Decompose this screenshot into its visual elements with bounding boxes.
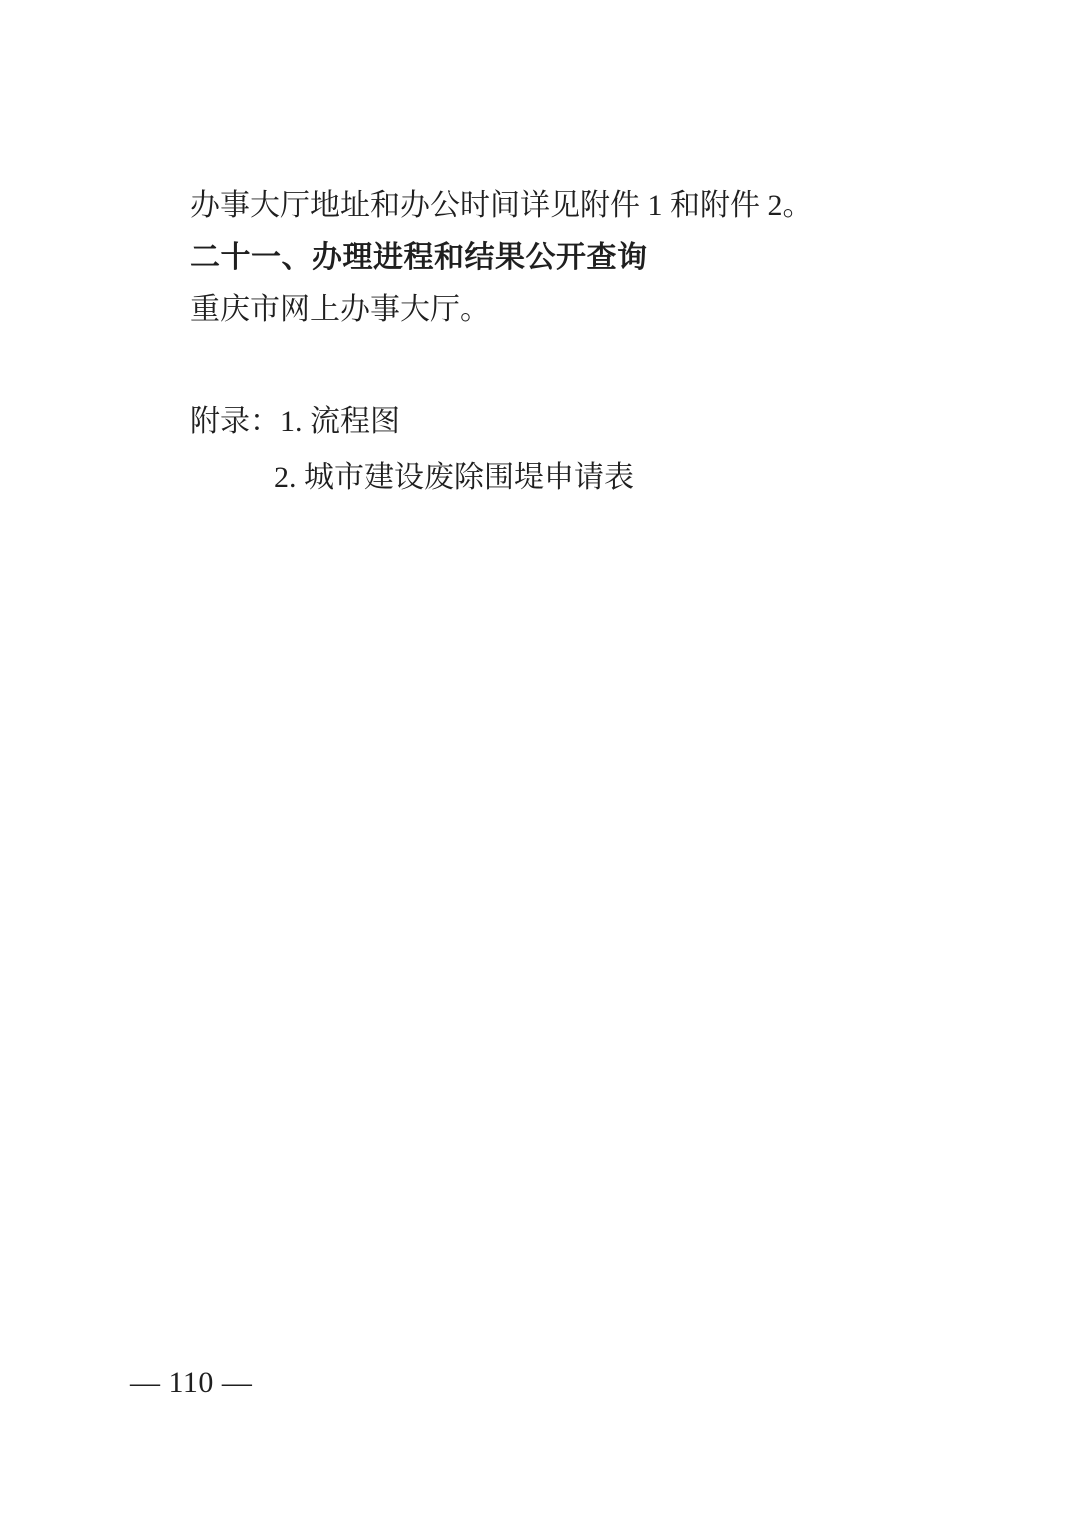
appendix-block: 附录：1. 流程图 2. 城市建设废除围堤申请表 bbox=[190, 394, 950, 506]
paragraph-office-location: 办事大厅地址和办公时间详见附件 1 和附件 2。 bbox=[190, 180, 950, 232]
appendix-line-2: 2. 城市建设废除围堤申请表 bbox=[190, 450, 950, 506]
document-page: 办事大厅地址和办公时间详见附件 1 和附件 2。 二十一、办理进程和结果公开查询… bbox=[0, 0, 1074, 1520]
document-content: 办事大厅地址和办公时间详见附件 1 和附件 2。 二十一、办理进程和结果公开查询… bbox=[190, 180, 950, 506]
appendix-item-application-form: 2. 城市建设废除围堤申请表 bbox=[274, 461, 634, 494]
appendix-line-1: 附录：1. 流程图 bbox=[190, 394, 950, 450]
page-number: — 110 — bbox=[130, 1366, 252, 1400]
appendix-item-flowchart: 1. 流程图 bbox=[280, 405, 400, 438]
paragraph-online-hall: 重庆市网上办事大厅。 bbox=[190, 284, 950, 336]
appendix-label: 附录： bbox=[190, 405, 280, 438]
section-heading: 二十一、办理进程和结果公开查询 bbox=[190, 232, 950, 284]
